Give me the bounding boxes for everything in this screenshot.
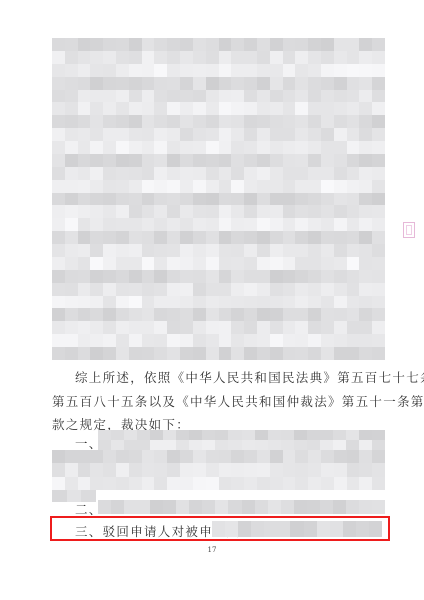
redaction-pixel	[257, 334, 270, 347]
redaction-pixel	[244, 77, 257, 90]
redaction-pixel	[257, 296, 270, 309]
redaction-pixel	[244, 283, 257, 296]
redaction-pixel	[295, 321, 308, 334]
redaction-pixel	[347, 308, 360, 321]
redaction-pixel	[228, 500, 241, 514]
redaction-pixel	[103, 154, 116, 167]
redaction-pixel	[270, 321, 283, 334]
redaction-pixel	[142, 205, 155, 218]
redaction-pixel	[295, 296, 308, 309]
redaction-pixel	[295, 154, 308, 167]
redaction-pixel	[308, 308, 321, 321]
redaction-pixel	[231, 51, 244, 64]
redaction-pixel	[167, 51, 180, 64]
redaction-pixel	[219, 141, 232, 154]
redaction-pixel	[167, 218, 180, 231]
redaction-pixel	[52, 205, 65, 218]
redaction-pixel	[347, 128, 360, 141]
redaction-pixel	[231, 218, 244, 231]
redaction-pixel	[129, 257, 142, 270]
redaction-pixel	[65, 115, 78, 128]
redaction-pixel	[219, 180, 232, 193]
redaction-pixel	[372, 141, 385, 154]
redaction-pixel	[65, 64, 78, 77]
redaction-pixel	[78, 51, 91, 64]
redaction-pixel	[193, 450, 206, 463]
redaction-pixel	[231, 205, 244, 218]
redaction-pixel	[295, 257, 308, 270]
redaction-pixel	[219, 64, 232, 77]
redaction-pixel	[65, 141, 78, 154]
redaction-pixel	[334, 167, 347, 180]
redaction-pixel	[103, 244, 116, 257]
redaction-pixel	[372, 334, 385, 347]
redaction-pixel	[154, 218, 167, 231]
redaction-pixel	[142, 477, 155, 490]
redaction-pixel	[372, 270, 385, 283]
redaction-pixel	[65, 308, 78, 321]
redaction-pixel	[334, 193, 347, 206]
redaction-pixel	[231, 308, 244, 321]
redaction-pixel	[78, 283, 91, 296]
redaction-pixel	[295, 77, 308, 90]
redaction-pixel	[129, 308, 142, 321]
redaction-pixel	[268, 440, 281, 450]
redaction-pixel	[193, 296, 206, 309]
redaction-pixel	[270, 477, 283, 490]
redaction-pixel	[193, 477, 206, 490]
redaction-pixel	[283, 64, 296, 77]
redaction-pixel	[52, 64, 65, 77]
redaction-pixel	[283, 90, 296, 103]
redaction-pixel	[270, 193, 283, 206]
redaction-pixel	[90, 205, 103, 218]
redaction-pixel	[270, 218, 283, 231]
redaction-pixel	[52, 257, 65, 270]
redaction-pixel	[321, 90, 334, 103]
redaction-pixel	[193, 77, 206, 90]
redaction-pixel	[90, 347, 103, 360]
redacted-item-1-continuation	[52, 450, 385, 490]
redaction-pixel	[103, 218, 116, 231]
redaction-pixel	[167, 477, 180, 490]
redaction-pixel	[52, 231, 65, 244]
redaction-pixel	[116, 450, 129, 463]
redaction-pixel	[52, 477, 65, 490]
redaction-pixel	[154, 51, 167, 64]
redaction-pixel	[193, 64, 206, 77]
redaction-pixel	[372, 64, 385, 77]
redaction-pixel	[142, 167, 155, 180]
redaction-pixel	[154, 205, 167, 218]
redaction-pixel	[154, 270, 167, 283]
redaction-pixel	[270, 128, 283, 141]
redaction-pixel	[116, 167, 129, 180]
redaction-pixel	[52, 115, 65, 128]
redaction-pixel	[359, 231, 372, 244]
redaction-pixel	[334, 308, 347, 321]
redaction-pixel	[257, 283, 270, 296]
redaction-pixel	[257, 154, 270, 167]
redaction-pixel	[78, 128, 91, 141]
redaction-pixel	[142, 64, 155, 77]
redaction-pixel	[359, 450, 372, 463]
redaction-pixel	[347, 51, 360, 64]
redaction-pixel	[321, 296, 334, 309]
redaction-pixel	[334, 90, 347, 103]
redaction-pixel	[167, 77, 180, 90]
redaction-pixel	[52, 334, 65, 347]
redaction-pixel	[206, 296, 219, 309]
redaction-pixel	[78, 308, 91, 321]
redaction-pixel	[52, 51, 65, 64]
redaction-pixel	[78, 64, 91, 77]
redaction-pixel	[283, 51, 296, 64]
redaction-pixel	[90, 463, 103, 476]
redaction-pixel	[116, 193, 129, 206]
redaction-pixel	[359, 430, 372, 440]
redaction-pixel	[231, 334, 244, 347]
redaction-pixel	[65, 102, 78, 115]
redaction-pixel	[167, 90, 180, 103]
redaction-pixel	[283, 141, 296, 154]
redaction-pixel	[142, 270, 155, 283]
redaction-pixel	[219, 205, 232, 218]
redaction-pixel	[180, 102, 193, 115]
redaction-pixel	[244, 90, 257, 103]
redaction-pixel	[372, 450, 385, 463]
redaction-pixel	[202, 430, 215, 440]
redaction-pixel	[116, 321, 129, 334]
redaction-pixel	[142, 257, 155, 270]
redaction-pixel	[78, 270, 91, 283]
redaction-pixel	[116, 77, 129, 90]
redaction-pixel	[180, 283, 193, 296]
redaction-pixel	[167, 102, 180, 115]
redaction-pixel	[347, 77, 360, 90]
redaction-pixel	[206, 321, 219, 334]
redaction-pixel	[215, 430, 228, 440]
redaction-pixel	[231, 141, 244, 154]
redaction-pixel	[231, 115, 244, 128]
redaction-pixel	[295, 193, 308, 206]
redaction-pixel	[307, 430, 320, 440]
redaction-pixel	[295, 308, 308, 321]
redaction-pixel	[231, 167, 244, 180]
seal-stamp-icon	[403, 222, 415, 238]
redaction-pixel	[129, 51, 142, 64]
redaction-pixel	[268, 430, 281, 440]
redaction-pixel	[257, 308, 270, 321]
redaction-pixel	[333, 500, 346, 514]
redaction-pixel	[295, 270, 308, 283]
redacted-text-block-top	[52, 38, 385, 360]
redaction-pixel	[270, 180, 283, 193]
redaction-pixel	[193, 154, 206, 167]
redaction-pixel	[193, 231, 206, 244]
redaction-pixel	[52, 128, 65, 141]
redaction-pixel	[372, 154, 385, 167]
redaction-pixel	[65, 257, 78, 270]
redaction-pixel	[180, 193, 193, 206]
redaction-pixel	[231, 231, 244, 244]
redaction-pixel	[219, 193, 232, 206]
redaction-pixel	[294, 440, 307, 450]
redaction-pixel	[257, 141, 270, 154]
redaction-pixel	[163, 440, 176, 450]
redaction-pixel	[78, 90, 91, 103]
redaction-pixel	[129, 296, 142, 309]
redaction-pixel	[167, 231, 180, 244]
redaction-pixel	[257, 51, 270, 64]
redaction-pixel	[257, 347, 270, 360]
redaction-pixel	[295, 347, 308, 360]
redaction-pixel	[359, 283, 372, 296]
redaction-pixel	[65, 38, 78, 51]
redaction-pixel	[206, 167, 219, 180]
redaction-pixel	[330, 521, 343, 537]
redaction-pixel	[103, 308, 116, 321]
redaction-pixel	[116, 347, 129, 360]
redaction-pixel	[129, 90, 142, 103]
redaction-pixel	[154, 90, 167, 103]
redaction-pixel	[334, 450, 347, 463]
redaction-pixel	[359, 64, 372, 77]
redaction-pixel	[334, 231, 347, 244]
redaction-pixel	[65, 167, 78, 180]
redaction-pixel	[308, 167, 321, 180]
redaction-pixel	[193, 141, 206, 154]
redaction-pixel	[189, 430, 202, 440]
redaction-pixel	[343, 521, 356, 537]
redaction-pixel	[347, 141, 360, 154]
redaction-pixel	[359, 218, 372, 231]
redaction-pixel	[65, 193, 78, 206]
redaction-pixel	[98, 430, 111, 440]
redaction-pixel	[65, 205, 78, 218]
redaction-pixel	[116, 128, 129, 141]
redaction-pixel	[116, 244, 129, 257]
redaction-pixel	[193, 218, 206, 231]
redaction-pixel	[270, 296, 283, 309]
redaction-pixel	[257, 205, 270, 218]
redaction-pixel	[225, 521, 238, 537]
redaction-pixel	[78, 477, 91, 490]
redaction-pixel	[295, 38, 308, 51]
redaction-pixel	[281, 500, 294, 514]
redaction-pixel	[180, 257, 193, 270]
redaction-pixel	[180, 270, 193, 283]
redaction-pixel	[295, 283, 308, 296]
redaction-pixel	[154, 102, 167, 115]
redaction-pixel	[65, 477, 78, 490]
redaction-pixel	[180, 296, 193, 309]
redaction-pixel	[270, 51, 283, 64]
redaction-pixel	[154, 257, 167, 270]
redaction-pixel	[52, 154, 65, 167]
redaction-pixel	[90, 270, 103, 283]
redaction-pixel	[103, 193, 116, 206]
redaction-pixel	[167, 270, 180, 283]
redaction-pixel	[231, 244, 244, 257]
redaction-pixel	[334, 115, 347, 128]
redaction-pixel	[180, 205, 193, 218]
redaction-pixel	[215, 500, 228, 514]
redaction-pixel	[154, 450, 167, 463]
redaction-pixel	[359, 440, 372, 450]
redaction-pixel	[257, 102, 270, 115]
redaction-pixel	[142, 218, 155, 231]
redaction-pixel	[215, 440, 228, 450]
redaction-pixel	[372, 115, 385, 128]
redaction-pixel	[308, 347, 321, 360]
redaction-pixel	[206, 205, 219, 218]
redaction-pixel	[372, 283, 385, 296]
redaction-pixel	[321, 193, 334, 206]
redaction-pixel	[242, 440, 255, 450]
redaction-pixel	[154, 167, 167, 180]
redaction-pixel	[65, 128, 78, 141]
redaction-pixel	[103, 257, 116, 270]
redaction-pixel	[193, 283, 206, 296]
redaction-pixel	[320, 500, 333, 514]
redaction-pixel	[90, 128, 103, 141]
redaction-pixel	[154, 64, 167, 77]
redaction-pixel	[270, 308, 283, 321]
redaction-pixel	[219, 463, 232, 476]
redaction-pixel	[321, 205, 334, 218]
redaction-pixel	[116, 64, 129, 77]
redaction-pixel	[308, 257, 321, 270]
redaction-pixel	[193, 334, 206, 347]
redaction-pixel	[78, 321, 91, 334]
redaction-pixel	[283, 38, 296, 51]
redaction-pixel	[142, 180, 155, 193]
redaction-pixel	[308, 51, 321, 64]
redaction-pixel	[189, 500, 202, 514]
redaction-pixel	[359, 51, 372, 64]
redaction-pixel	[167, 64, 180, 77]
redaction-pixel	[180, 115, 193, 128]
redaction-pixel	[321, 77, 334, 90]
redaction-pixel	[219, 115, 232, 128]
redaction-pixel	[270, 38, 283, 51]
redaction-pixel	[90, 244, 103, 257]
redaction-pixel	[270, 115, 283, 128]
redaction-pixel	[52, 296, 65, 309]
redaction-pixel	[283, 450, 296, 463]
redaction-pixel	[270, 347, 283, 360]
redaction-pixel	[257, 477, 270, 490]
redaction-pixel	[257, 463, 270, 476]
redaction-pixel	[290, 521, 303, 537]
redaction-pixel	[206, 64, 219, 77]
redaction-pixel	[347, 477, 360, 490]
redaction-pixel	[90, 167, 103, 180]
redaction-pixel	[167, 334, 180, 347]
redaction-pixel	[257, 244, 270, 257]
redaction-pixel	[167, 180, 180, 193]
redaction-pixel	[347, 154, 360, 167]
redaction-pixel	[116, 463, 129, 476]
redaction-pixel	[359, 141, 372, 154]
redaction-pixel	[193, 115, 206, 128]
redaction-pixel	[219, 347, 232, 360]
redaction-pixel	[142, 141, 155, 154]
redaction-pixel	[228, 440, 241, 450]
redaction-pixel	[78, 115, 91, 128]
redaction-pixel	[129, 154, 142, 167]
redacted-item-1	[98, 430, 385, 450]
redaction-pixel	[78, 102, 91, 115]
redaction-pixel	[116, 205, 129, 218]
redaction-pixel	[244, 205, 257, 218]
redaction-pixel	[334, 283, 347, 296]
redaction-pixel	[359, 205, 372, 218]
redaction-pixel	[219, 270, 232, 283]
redaction-pixel	[78, 77, 91, 90]
redaction-pixel	[206, 193, 219, 206]
redaction-pixel	[270, 141, 283, 154]
redaction-pixel	[219, 450, 232, 463]
redaction-pixel	[206, 477, 219, 490]
redaction-pixel	[65, 180, 78, 193]
redaction-pixel	[372, 193, 385, 206]
redaction-pixel	[98, 500, 111, 514]
redaction-pixel	[347, 231, 360, 244]
redaction-pixel	[90, 193, 103, 206]
redaction-pixel	[180, 347, 193, 360]
redaction-pixel	[150, 430, 163, 440]
redaction-pixel	[154, 193, 167, 206]
redaction-pixel	[180, 64, 193, 77]
redaction-pixel	[180, 244, 193, 257]
redaction-pixel	[142, 77, 155, 90]
redaction-pixel	[257, 180, 270, 193]
redaction-pixel	[142, 231, 155, 244]
redaction-pixel	[277, 521, 290, 537]
redaction-pixel	[129, 128, 142, 141]
redaction-pixel	[244, 477, 257, 490]
redaction-pixel	[231, 154, 244, 167]
redaction-pixel	[65, 77, 78, 90]
redaction-pixel	[321, 128, 334, 141]
redaction-pixel	[180, 231, 193, 244]
redaction-pixel	[283, 463, 296, 476]
redaction-pixel	[154, 477, 167, 490]
redaction-pixel	[219, 77, 232, 90]
redaction-pixel	[154, 38, 167, 51]
redaction-pixel	[295, 90, 308, 103]
redaction-pixel	[321, 51, 334, 64]
redaction-pixel	[129, 38, 142, 51]
redaction-pixel	[103, 180, 116, 193]
redaction-pixel	[78, 167, 91, 180]
redaction-pixel	[193, 463, 206, 476]
redaction-pixel	[78, 141, 91, 154]
redaction-pixel	[78, 334, 91, 347]
redaction-pixel	[295, 334, 308, 347]
redaction-pixel	[244, 270, 257, 283]
redaction-pixel	[255, 430, 268, 440]
redaction-pixel	[359, 193, 372, 206]
redaction-pixel	[308, 180, 321, 193]
redaction-pixel	[111, 440, 124, 450]
redaction-pixel	[52, 270, 65, 283]
redaction-pixel	[206, 347, 219, 360]
redaction-pixel	[231, 128, 244, 141]
redaction-pixel	[180, 477, 193, 490]
